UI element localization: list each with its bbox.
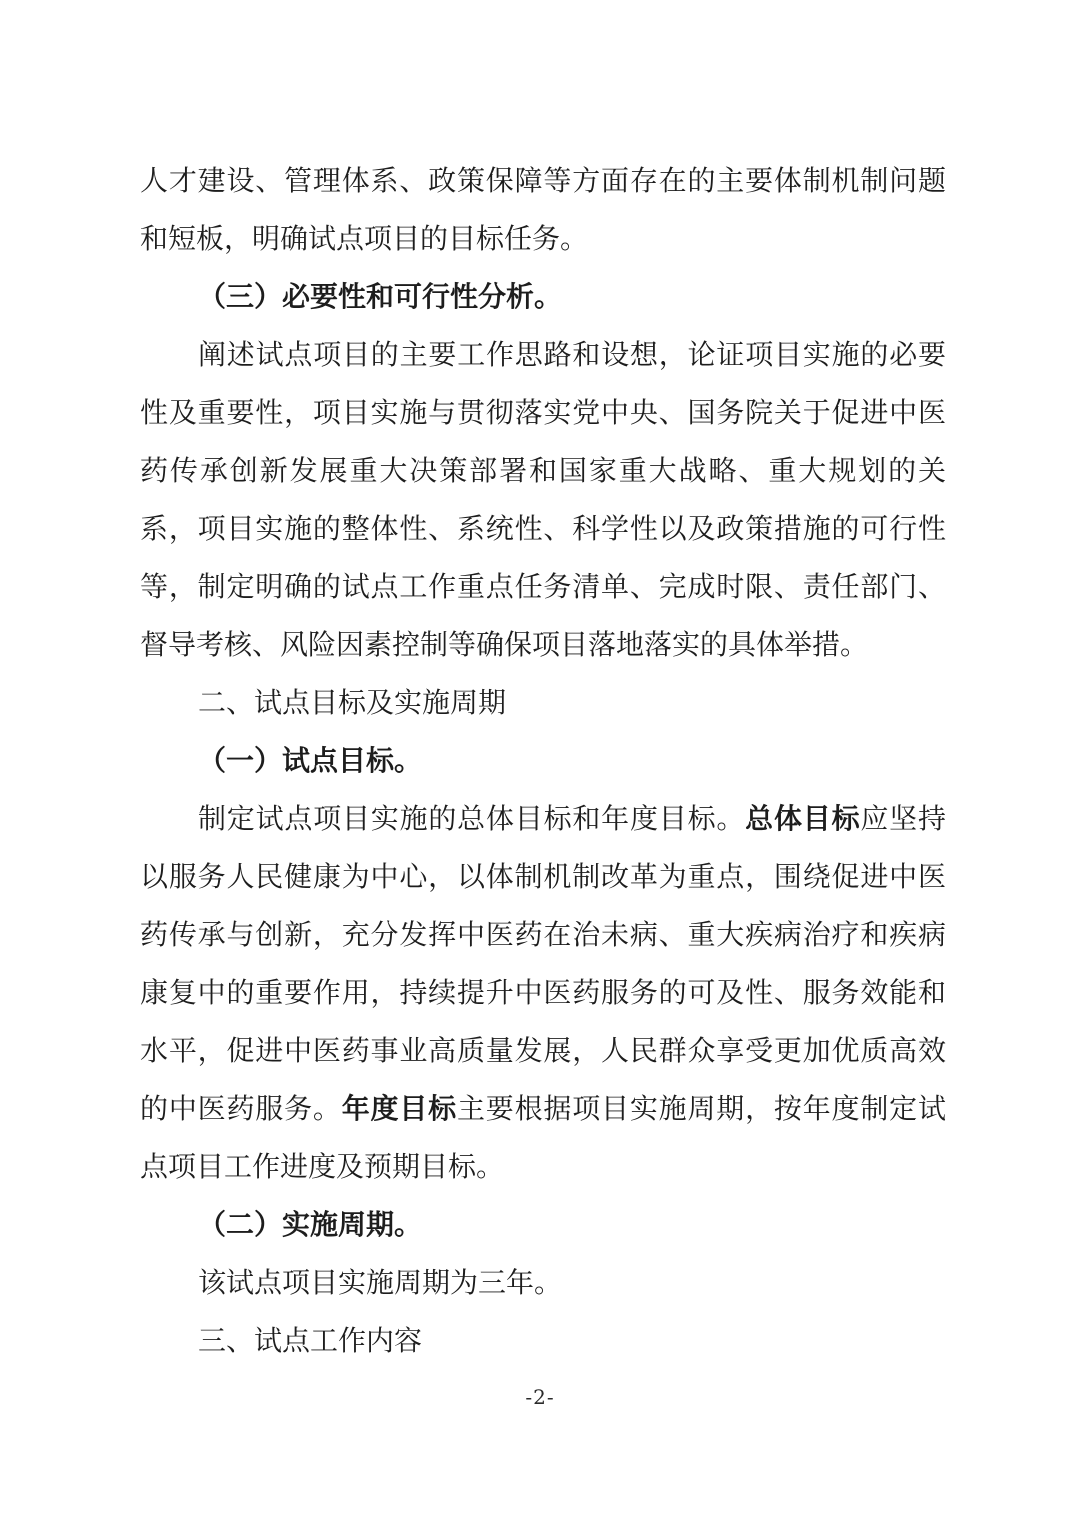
text-segment: 水平，促进中医药事业高质量发展，人民群众享受更加优质高效 [140, 1034, 946, 1067]
body-line: 药传承与创新，充分发挥中医药在治未病、重大疾病治疗和疾病 [140, 906, 946, 964]
page-number: -2- [0, 1385, 1080, 1409]
bold-text-segment: 总体目标 [745, 802, 860, 835]
section-heading: （一）试点目标。 [140, 732, 946, 790]
text-segment: 二、试点目标及实施周期 [198, 686, 506, 719]
text-segment: 的中医药服务。 [140, 1092, 342, 1125]
bold-text-segment: （一）试点目标。 [198, 744, 422, 777]
body-line: 以服务人民健康为中心，以体制机制改革为重点，围绕促进中医 [140, 848, 946, 906]
text-segment: 三、试点工作内容 [198, 1324, 422, 1357]
body-line: 点项目工作进度及预期目标。 [140, 1138, 946, 1196]
body-line: 等，制定明确的试点工作重点任务清单、完成时限、责任部门、 [140, 558, 946, 616]
body-line: 系，项目实施的整体性、系统性、科学性以及政策措施的可行性 [140, 500, 946, 558]
body-line: 和短板，明确试点项目的目标任务。 [140, 210, 946, 268]
body-line: 制定试点项目实施的总体目标和年度目标。总体目标应坚持 [140, 790, 946, 848]
text-segment: 督导考核、风险因素控制等确保项目落地落实的具体举措。 [140, 628, 868, 661]
text-segment: 药传承与创新，充分发挥中医药在治未病、重大疾病治疗和疾病 [140, 918, 946, 951]
document-page: 人才建设、管理体系、政策保障等方面存在的主要体制机制问题和短板，明确试点项目的目… [0, 0, 1080, 1526]
body-line: 性及重要性，项目实施与贯彻落实党中央、国务院关于促进中医 [140, 384, 946, 442]
section-heading: （三）必要性和可行性分析。 [140, 268, 946, 326]
text-segment: 点项目工作进度及预期目标。 [140, 1150, 504, 1183]
text-segment: 主要根据项目实施周期，按年度制定试 [457, 1092, 946, 1125]
text-segment: 性及重要性，项目实施与贯彻落实党中央、国务院关于促进中医 [140, 396, 946, 429]
section-heading: （二）实施周期。 [140, 1196, 946, 1254]
body-line: 水平，促进中医药事业高质量发展，人民群众享受更加优质高效 [140, 1022, 946, 1080]
bold-text-segment: （三）必要性和可行性分析。 [198, 280, 562, 313]
body-line: 人才建设、管理体系、政策保障等方面存在的主要体制机制问题 [140, 152, 946, 210]
section-heading: 三、试点工作内容 [140, 1312, 946, 1370]
section-heading: 二、试点目标及实施周期 [140, 674, 946, 732]
document-body: 人才建设、管理体系、政策保障等方面存在的主要体制机制问题和短板，明确试点项目的目… [140, 152, 946, 1370]
body-line: 的中医药服务。年度目标主要根据项目实施周期，按年度制定试 [140, 1080, 946, 1138]
bold-text-segment: 年度目标 [342, 1092, 457, 1125]
text-segment: 药传承创新发展重大决策部署和国家重大战略、重大规划的关 [140, 454, 946, 487]
text-segment: 制定试点项目实施的总体目标和年度目标。 [198, 802, 745, 835]
text-segment: 应坚持 [860, 802, 946, 835]
body-line: 康复中的重要作用，持续提升中医药服务的可及性、服务效能和 [140, 964, 946, 1022]
text-segment: 以服务人民健康为中心，以体制机制改革为重点，围绕促进中医 [140, 860, 946, 893]
body-line: 阐述试点项目的主要工作思路和设想，论证项目实施的必要 [140, 326, 946, 384]
body-line: 药传承创新发展重大决策部署和国家重大战略、重大规划的关 [140, 442, 946, 500]
body-line: 该试点项目实施周期为三年。 [140, 1254, 946, 1312]
text-segment: 系，项目实施的整体性、系统性、科学性以及政策措施的可行性 [140, 512, 946, 545]
text-segment: 阐述试点项目的主要工作思路和设想，论证项目实施的必要 [198, 338, 946, 371]
text-segment: 等，制定明确的试点工作重点任务清单、完成时限、责任部门、 [140, 570, 946, 603]
bold-text-segment: （二）实施周期。 [198, 1208, 422, 1241]
body-line: 督导考核、风险因素控制等确保项目落地落实的具体举措。 [140, 616, 946, 674]
text-segment: 人才建设、管理体系、政策保障等方面存在的主要体制机制问题 [140, 164, 946, 197]
text-segment: 该试点项目实施周期为三年。 [198, 1266, 562, 1299]
text-segment: 和短板，明确试点项目的目标任务。 [140, 222, 588, 255]
text-segment: 康复中的重要作用，持续提升中医药服务的可及性、服务效能和 [140, 976, 946, 1009]
